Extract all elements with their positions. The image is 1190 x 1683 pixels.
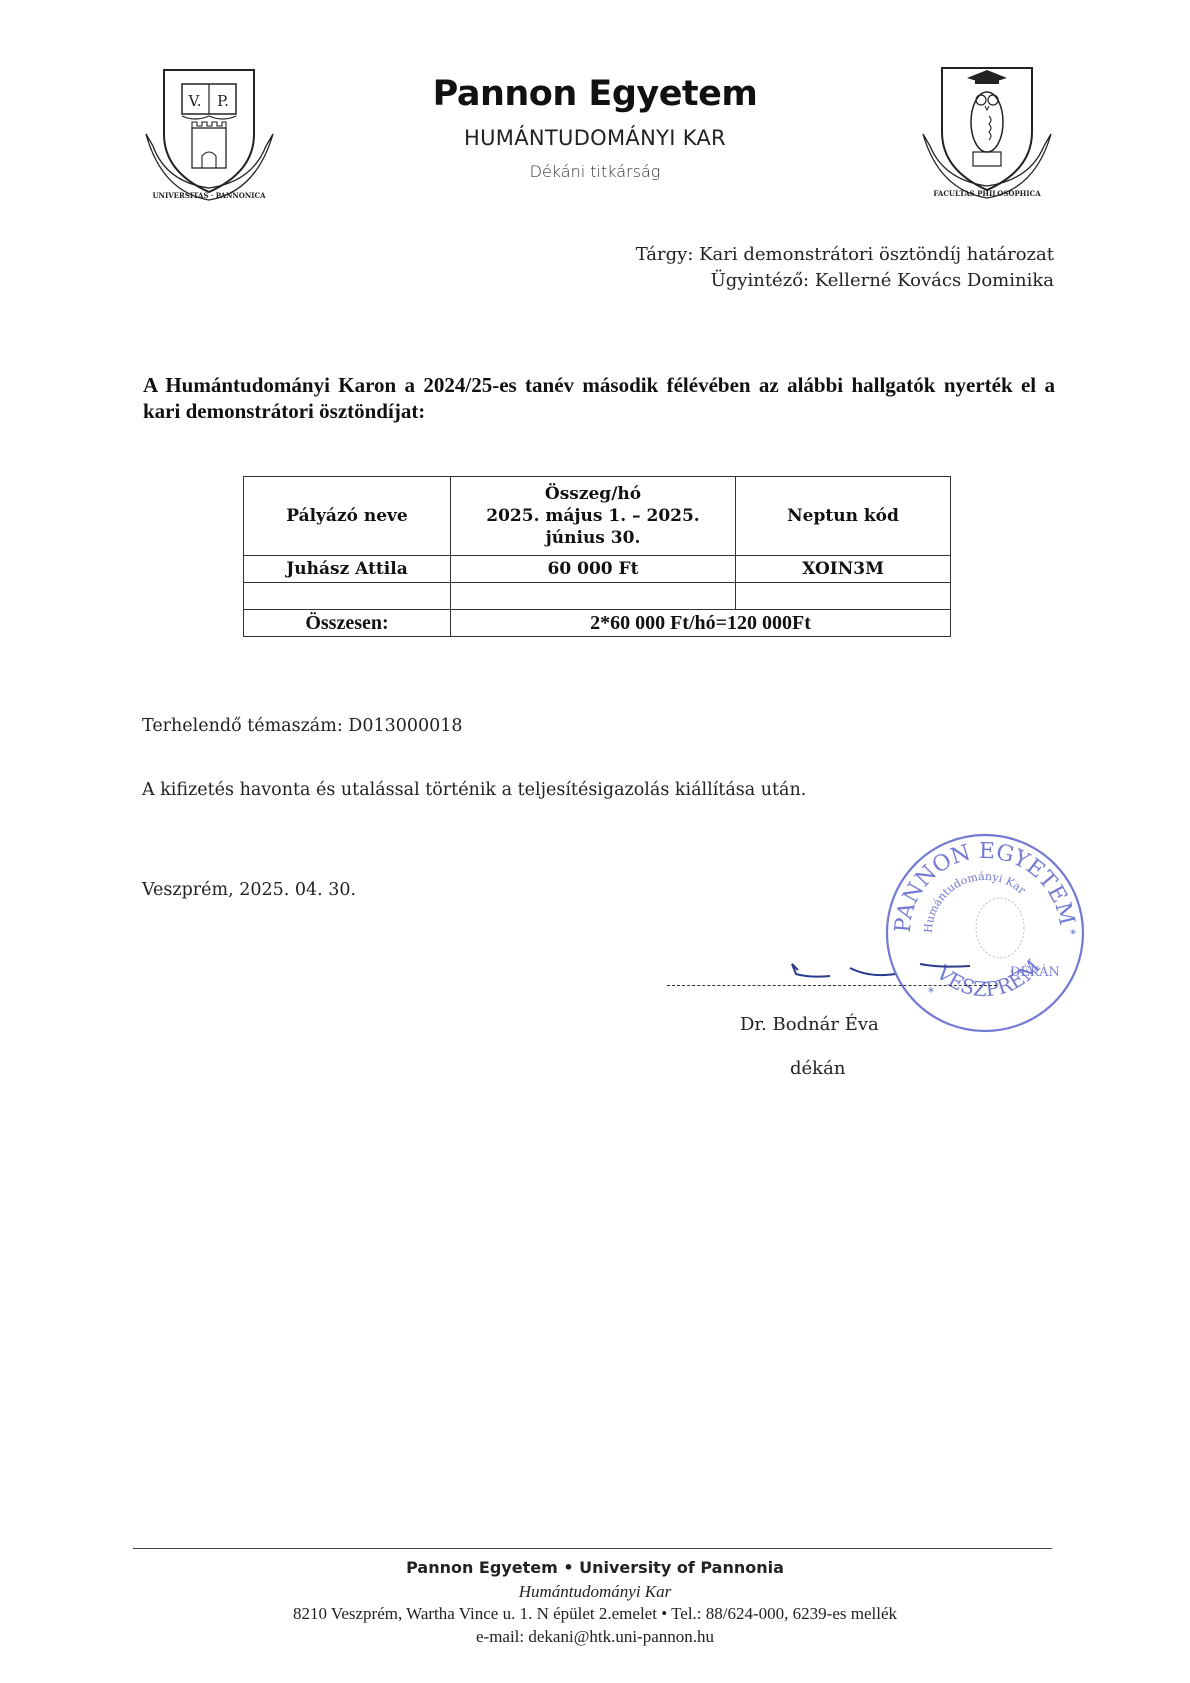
header-amount-line1: Összeg/hó (455, 483, 731, 505)
stamp-top-text: PANNON EGYETEM (891, 839, 1079, 934)
table-header-row: Pályázó neve Összeg/hó 2025. május 1. – … (244, 477, 951, 556)
header-amount-line3: június 30. (455, 527, 731, 549)
svg-text:FACULTAS PHILOSOPHICA: FACULTAS PHILOSOPHICA (933, 189, 1041, 198)
cell-code (736, 583, 951, 610)
header-neptun-code: Neptun kód (736, 477, 951, 556)
header-amount: Összeg/hó 2025. május 1. – 2025. június … (451, 477, 736, 556)
official-stamp-icon: PANNON EGYETEM Humántudományi Kar VESZPR… (880, 828, 1090, 1038)
signature-scribble (790, 952, 990, 982)
header-amount-line2: 2025. május 1. – 2025. (455, 505, 731, 527)
signature-line (667, 985, 997, 986)
cell-amount (451, 583, 736, 610)
footer-email[interactable]: e-mail: dekani@htk.uni-pannon.hu (0, 1627, 1190, 1647)
table-total-row: Összesen: 2*60 000 Ft/hó=120 000Ft (244, 610, 951, 637)
faculty-owl-crest-icon: FACULTAS PHILOSOPHICA (915, 64, 1055, 204)
footer-address: 8210 Veszprém, Wartha Vince u. 1. N épül… (0, 1604, 1190, 1624)
total-label: Összesen: (244, 610, 451, 637)
signatory-name: Dr. Bodnár Éva (740, 1014, 879, 1035)
footer-university: Pannon Egyetem • University of Pannonia (0, 1558, 1190, 1577)
scholarship-table: Pályázó neve Összeg/hó 2025. május 1. – … (243, 476, 951, 637)
signatory-role: dékán (790, 1058, 845, 1079)
footer-faculty: Humántudományi Kar (0, 1582, 1190, 1602)
payment-note: A kifizetés havonta és utalással történi… (142, 780, 806, 800)
table-row: Juhász Attila 60 000 Ft XOIN3M (244, 556, 951, 583)
cell-name: Juhász Attila (244, 556, 451, 583)
topic-number: Terhelendő témaszám: D013000018 (142, 716, 463, 736)
cell-amount: 60 000 Ft (451, 556, 736, 583)
place-date: Veszprém, 2025. 04. 30. (142, 880, 356, 900)
cell-code: XOIN3M (736, 556, 951, 583)
handler-line: Ügyintéző: Kellerné Kovács Dominika (711, 270, 1054, 291)
header-applicant-name: Pályázó neve (244, 477, 451, 556)
total-value: 2*60 000 Ft/hó=120 000Ft (451, 610, 951, 637)
cell-name (244, 583, 451, 610)
svg-text:*: * (1070, 927, 1076, 941)
svg-text:DÉKÁN: DÉKÁN (1010, 964, 1060, 980)
svg-text:*: * (928, 985, 934, 999)
subject-line: Tárgy: Kari demonstrátori ösztöndíj hatá… (636, 244, 1054, 265)
svg-text:UNIVERSITAS · PANNONICA: UNIVERSITAS · PANNONICA (152, 191, 266, 200)
svg-text:PANNON EGYETEM: PANNON EGYETEM (891, 839, 1079, 934)
footer-divider (133, 1548, 1052, 1549)
table-row (244, 583, 951, 610)
intro-paragraph: A Humántudományi Karon a 2024/25-es tané… (143, 372, 1055, 424)
